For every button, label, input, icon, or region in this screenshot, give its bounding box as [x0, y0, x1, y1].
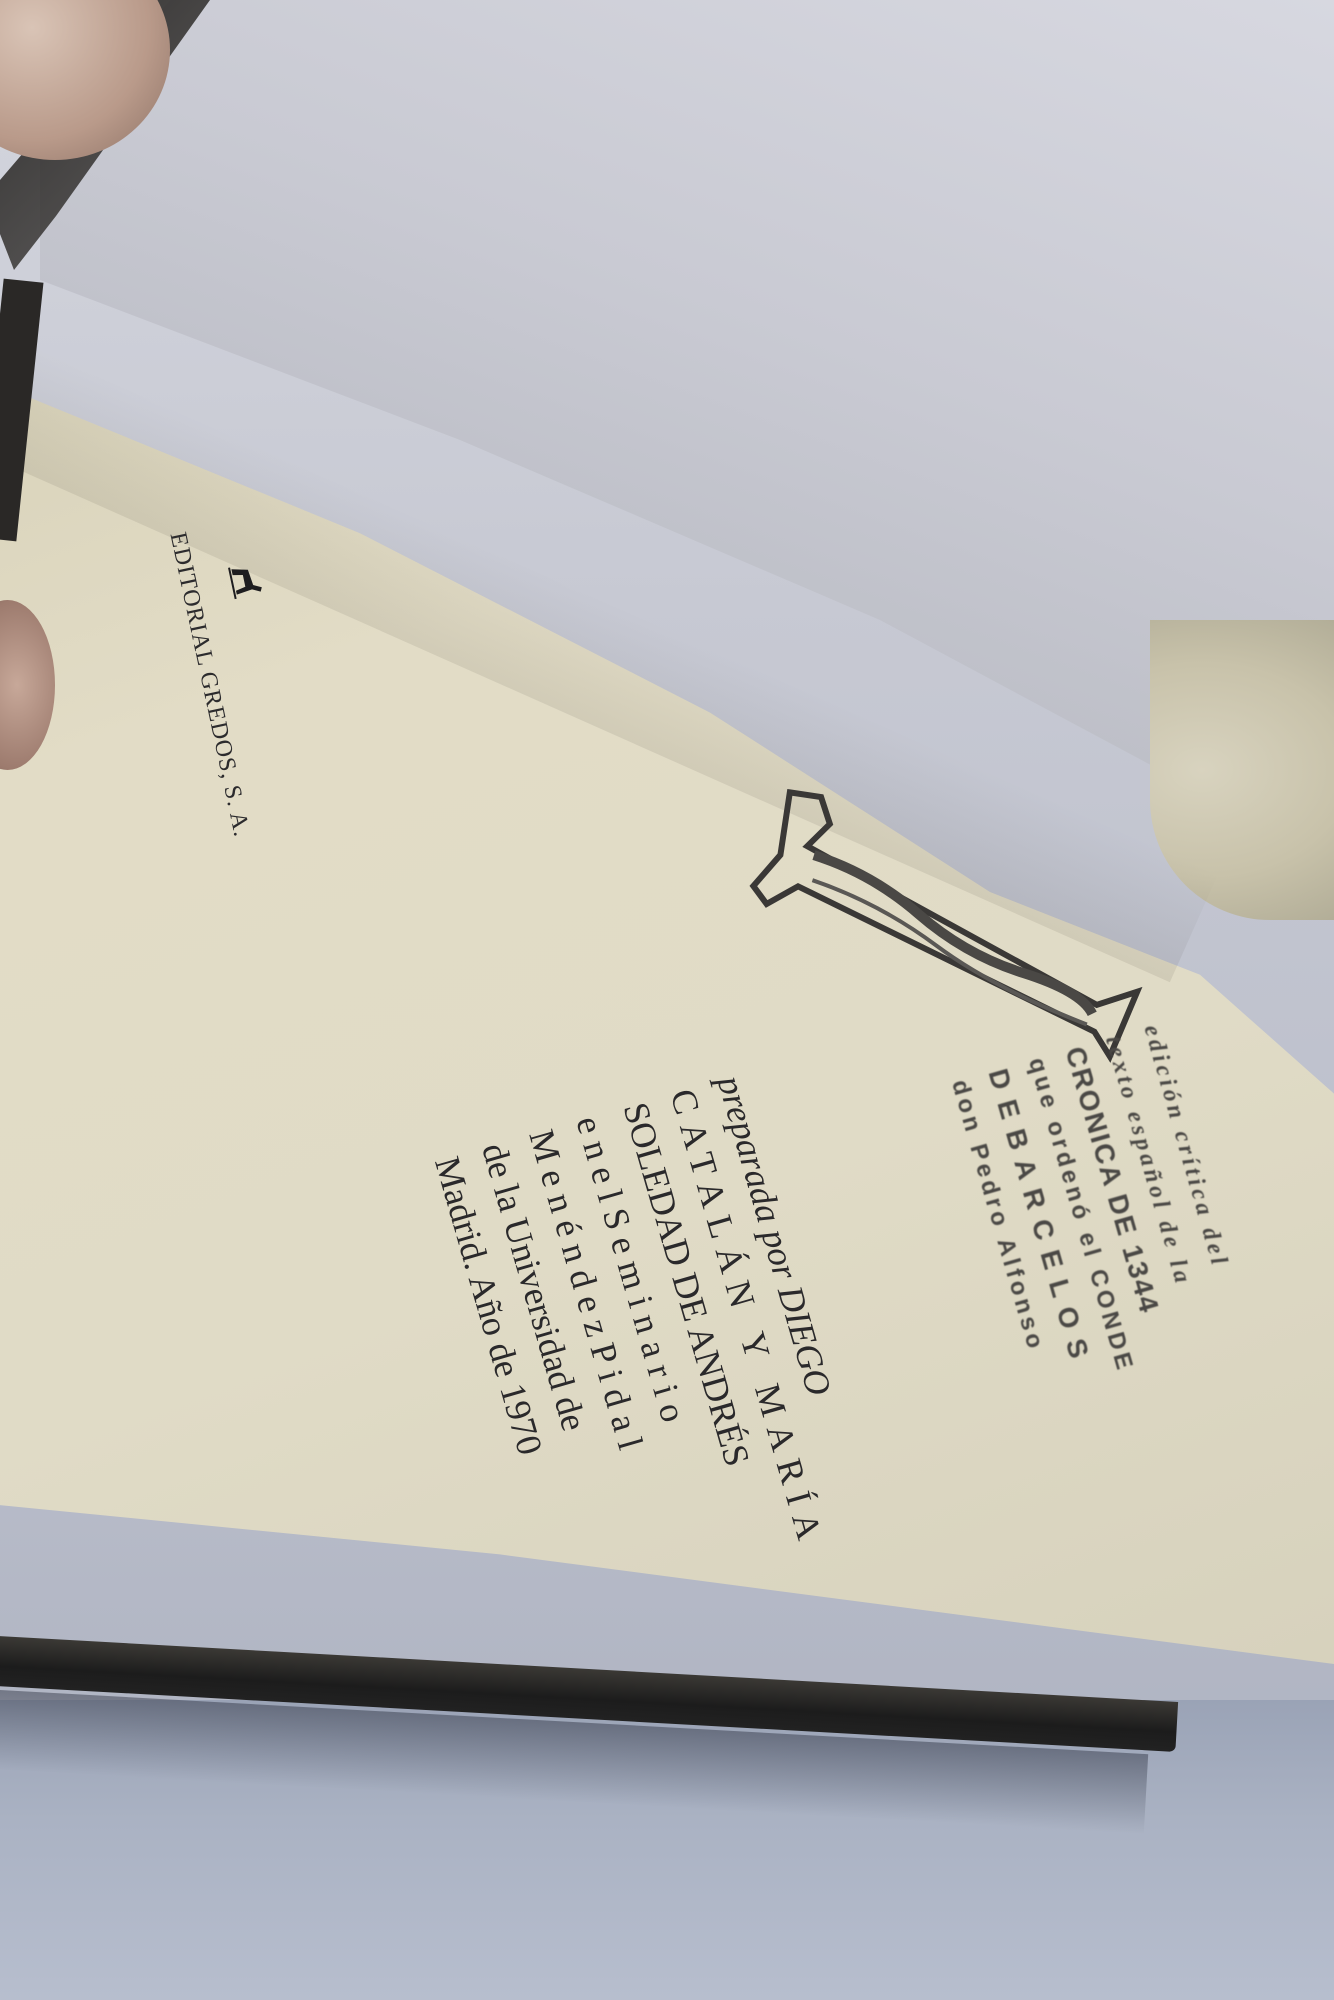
deer-logo-icon [224, 556, 271, 603]
photo-scene: edición crítica del texto español de la … [0, 0, 1334, 2000]
